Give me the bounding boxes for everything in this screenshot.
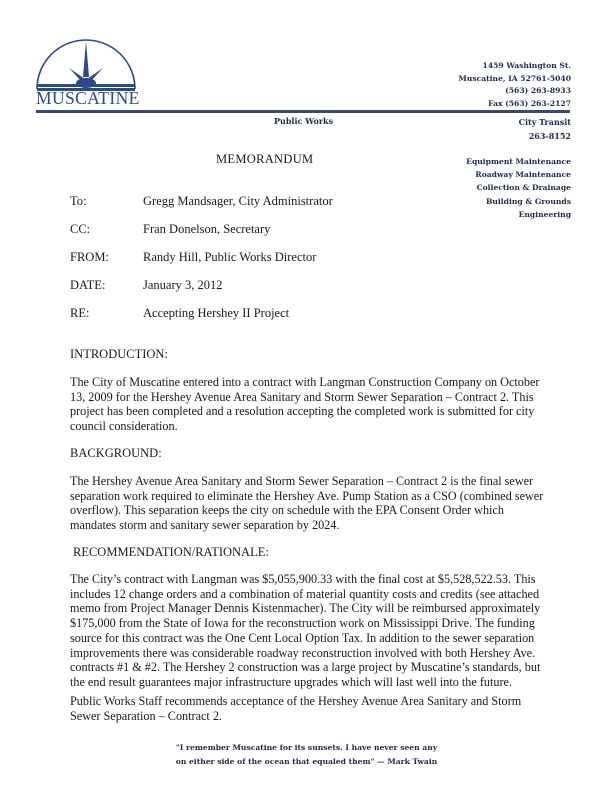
text-line: overflow). This separation keeps the cit… [70,503,540,518]
memo-to-label: To: [70,194,87,209]
text-line: includes 12 change orders and a combinat… [70,587,540,602]
recommendation-closing-paragraph: Public Works Staff recommends acceptance… [70,694,540,723]
text-line: council consideration. [70,419,540,434]
division-item: Roadway Maintenance [466,168,571,181]
text-line: the end result guarantees major infrastr… [70,675,540,690]
quote-line: "I remember Muscatine for its sunsets. I… [0,741,613,755]
memo-re-label: RE: [70,306,89,321]
text-line: The City’s contract with Langman was $5,… [70,572,540,587]
text-line: Public Works Staff recommends acceptance… [70,694,540,709]
division-item: Equipment Maintenance [466,155,571,168]
introduction-heading: INTRODUCTION: [70,347,168,362]
memo-cc-label: CC: [70,222,90,237]
division-item: Collection & Drainage [466,181,571,194]
memo-to-value: Gregg Mandsager, City Administrator [143,194,333,209]
text-line: memo from Project Manager Dennis Kistenm… [70,601,540,616]
city-address-block: 1459 Washington St. Muscatine, IA 52761-… [458,60,571,110]
text-line: project has been completed and a resolut… [70,404,540,419]
city-logo-wordmark: MUSCATINE [36,89,140,107]
memo-date-label: DATE: [70,278,105,293]
transit-phone: 263-8152 [519,130,571,144]
text-line: separation work required to eliminate th… [70,489,540,504]
recommendation-paragraph: The City’s contract with Langman was $5,… [70,572,540,690]
fax-number: Fax (563) 263-2127 [458,98,571,111]
background-paragraph: The Hershey Avenue Area Sanitary and Sto… [70,474,540,533]
division-item: Engineering [466,208,571,221]
memo-date-value: January 3, 2012 [143,278,223,293]
text-line: contracts #1 & #2. The Hershey 2 constru… [70,660,540,675]
memo-from-label: FROM: [70,250,109,265]
department-name: Public Works [274,116,333,126]
transit-label: City Transit [519,116,571,130]
footer-quote: "I remember Muscatine for its sunsets. I… [0,741,613,768]
transit-block: City Transit 263-8152 [519,116,571,143]
text-line: mandates storm and sanitary sewer separa… [70,518,540,533]
division-item: Building & Grounds [466,195,571,208]
text-line: Sewer Separation – Contract 2. [70,709,540,724]
street-address: 1459 Washington St. [458,60,571,73]
introduction-paragraph: The City of Muscatine entered into a con… [70,375,540,434]
text-line: The City of Muscatine entered into a con… [70,375,540,390]
memo-title: MEMORANDUM [216,152,313,167]
text-line: source for this contract was the One Cen… [70,631,540,646]
phone-number: (563) 263-8933 [458,85,571,98]
memo-cc-value: Fran Donelson, Secretary [143,222,270,237]
background-heading: BACKGROUND: [70,446,162,461]
memo-from-value: Randy Hill, Public Works Director [143,250,316,265]
text-line: improvements there was considerable road… [70,646,540,661]
recommendation-heading: RECOMMENDATION/RATIONALE: [73,545,269,560]
letterhead-divider [36,110,570,113]
memo-re-value: Accepting Hershey II Project [143,306,289,321]
text-line: 13, 2009 for the Hershey Avenue Area San… [70,390,540,405]
text-line: The Hershey Avenue Area Sanitary and Sto… [70,474,540,489]
quote-line: on either side of the ocean that equaled… [0,755,613,769]
text-line: $175,000 from the State of Iowa for the … [70,616,540,631]
division-list: Equipment Maintenance Roadway Maintenanc… [466,155,571,221]
city-state-zip: Muscatine, IA 52761-5040 [458,73,571,86]
